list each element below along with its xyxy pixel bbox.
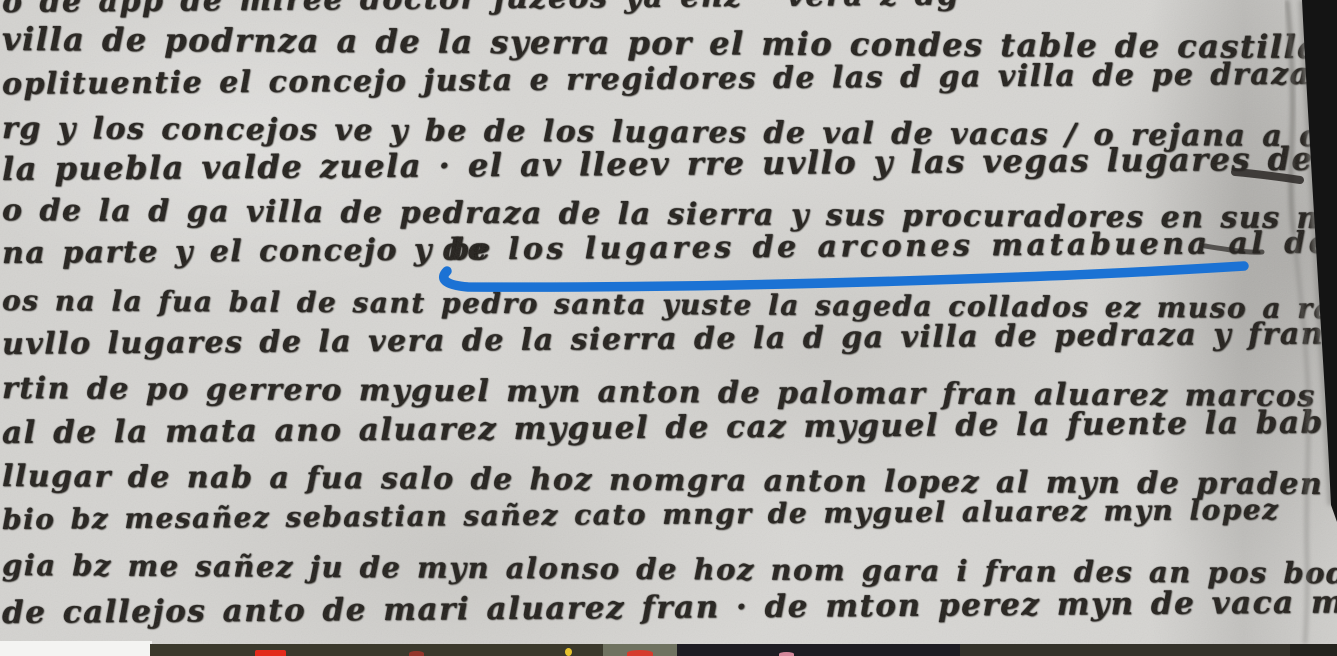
- manuscript-line-with-annotation: na parte y el concejo y bede los lugares…: [2, 225, 1337, 270]
- manuscript-line: oplituentie el concejo justa e rregidore…: [2, 57, 1337, 101]
- manuscript-line: o de app de miree doctor juzeos ya enz ·…: [2, 0, 960, 19]
- manuscript-line: al de la mata ano aluarez myguel de caz …: [2, 404, 1337, 450]
- manuscript-line: uvllo lugares de la vera de la sierra de…: [2, 316, 1337, 361]
- manuscript-line: de callejos anto de mari aluarez fran · …: [2, 585, 1337, 630]
- handwritten-text-block: o de app de miree doctor juzeos ya enz ·…: [0, 0, 1337, 644]
- screen: o de app de miree doctor juzeos ya enz ·…: [0, 0, 1337, 656]
- page-bottom-margin: [0, 641, 152, 656]
- cutoff-content-strip: [150, 644, 1337, 656]
- manuscript-line: gia bz me sañez ju de myn alonso de hoz …: [2, 550, 1337, 590]
- strip-fragment-yellow: [565, 648, 572, 656]
- manuscript-scan: o de app de miree doctor juzeos ya enz ·…: [0, 0, 1337, 644]
- strip-fragment-pink: [779, 652, 794, 656]
- manuscript-line: bio bz mesañez sebastian sañez cato mngr…: [2, 495, 1280, 536]
- strip-fragment-red: [255, 650, 286, 656]
- underlined-passage: de los lugares de arcones matabuena al d…: [443, 224, 1337, 267]
- strip-segment-dark-olive: [150, 644, 603, 656]
- strip-segment-dark-navy: [677, 644, 960, 656]
- manuscript-line-text: na parte y el concejo y be: [2, 234, 443, 270]
- strip-fragment-red-oval: [627, 650, 653, 656]
- strip-segment-olive: [960, 644, 1290, 656]
- manuscript-line: la puebla valde zuela · el av lleev rre …: [2, 142, 1327, 188]
- strip-fragment-dull-red: [409, 651, 424, 656]
- strip-segment-dark-right: [1290, 644, 1337, 656]
